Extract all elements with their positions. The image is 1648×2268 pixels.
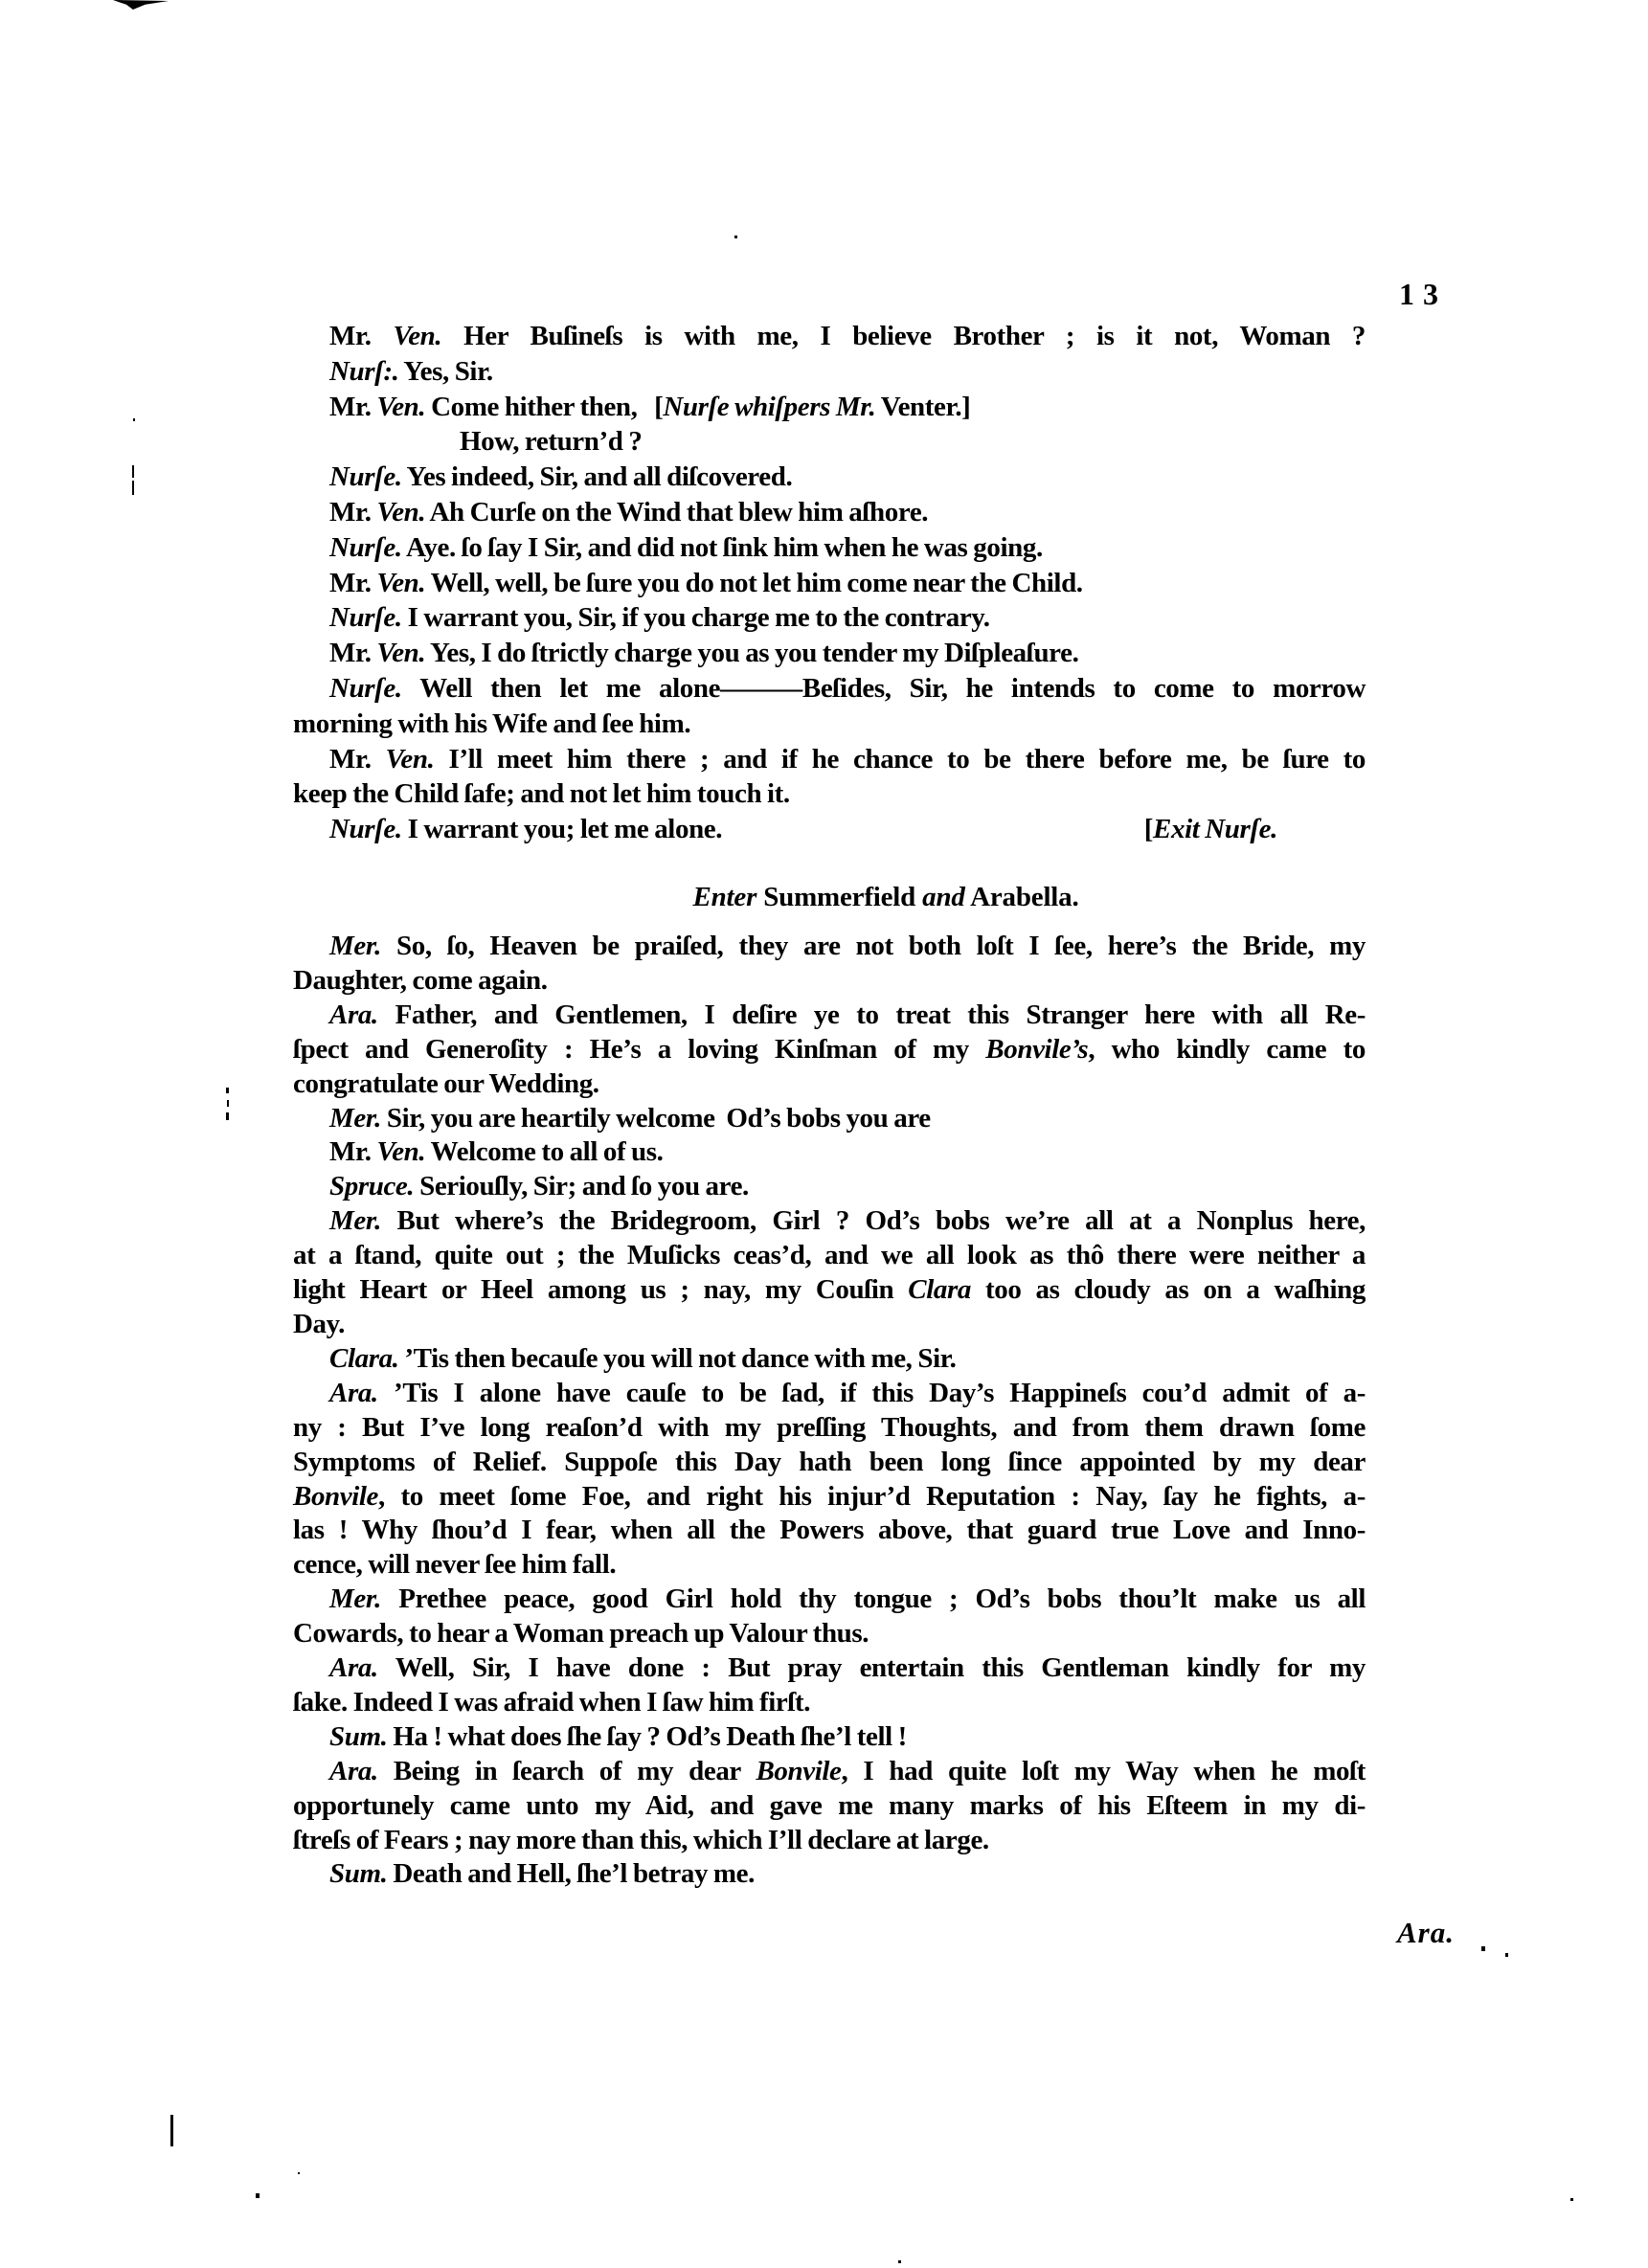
scan-artifact-dot [298,2172,300,2174]
scan-artifact-wedge [113,0,169,10]
dialogue-line: cence, will never ſee him fall. [293,1548,1366,1583]
roman-text: ny : But I’ve long reaſon’d with my preſ… [293,1412,1366,1443]
roman-text: Mr. [329,497,376,528]
roman-text: Mr. [329,744,386,775]
scan-artifact-dot [734,236,737,238]
roman-text: I warrant you; let me alone. [402,814,722,844]
roman-text: ſpect and Generoſity : He’s a loving Kin… [293,1034,985,1065]
dialogue-line: at a ſtand, quite out ; the Muſicks ceas… [293,1239,1366,1273]
stage-exit-tag: [Exit Nurſe. [1144,812,1277,847]
roman-text: Seriouſly, Sir; and ſo you are. [414,1171,749,1201]
scan-artifact-tick [132,481,134,495]
dialogue-line: Cowards, to hear a Woman preach up Valou… [293,1617,1366,1651]
roman-text: Venter.] [875,392,970,422]
roman-text: morning with his Wife and ſee him. [293,708,690,739]
roman-text: Mr. [329,638,376,668]
roman-text: Yes, I do ſtrictly charge you as you ten… [425,638,1078,668]
italic-text: Nurſe whiſpers Mr. [663,392,875,422]
italic-text: Nurſe. [329,602,402,633]
italic-text: Clara. [329,1343,399,1374]
dialogue-line: Nurſe. Aye. ſo ſay I Sir, and did not ſi… [293,530,1366,566]
roman-text: las ! Why ſhou’d I fear, when all the Po… [293,1515,1366,1545]
italic-text: Ara. [329,1652,378,1683]
roman-text: Prethee peace, good Girl hold thy tongue… [381,1583,1366,1614]
italic-text: Nurſ:. [329,356,399,387]
roman-text: light Heart or Heel among us ; nay, my C… [293,1274,908,1305]
dialogue-line: keep the Child ſafe; and not let him tou… [293,776,1366,812]
roman-text: Daughter, come again. [293,965,548,996]
italic-text: Nurſe. [329,532,402,563]
roman-text: Ha ! what does ſhe ſay ? Od’s Death ſhe’… [387,1721,906,1752]
roman-text: too as cloudy as on a waſhing [971,1274,1366,1305]
roman-text: , to meet ſome Foe, and right his injur’… [378,1481,1366,1512]
italic-text: Bonvile [293,1481,378,1512]
italic-text: Bonvile’s [985,1034,1088,1065]
dialogue-line: Mr. Ven. Ah Curſe on the Wind that blew … [293,495,1366,530]
roman-text: Aye. ſo ſay I Sir, and did not ſink him … [402,532,1043,563]
dialogue-line: How, return’d ? [293,424,1366,460]
dialogue-line: Clara. ’Tis then becauſe you will not da… [293,1342,1366,1377]
scan-artifact-bar [170,2115,173,2146]
italic-text: Enter [692,882,756,912]
dialogue-line: Ara. Well, Sir, I have done : But pray e… [293,1651,1366,1686]
roman-text: Day. [293,1309,345,1339]
roman-text: , I had quite loſt my Way when he moſt [842,1756,1366,1786]
italic-text: Spruce. [329,1171,414,1201]
roman-text: ’Tis I alone have cauſe to be ſad, if th… [378,1378,1366,1408]
roman-text: Mr. [329,1136,376,1167]
roman-text: Being in ſearch of my dear [378,1756,756,1786]
dialogue-line: congratulate our Wedding. [293,1067,1366,1102]
roman-text: Death and Hell, ſhe’l betray me. [387,1858,755,1889]
dialogue-line: Spruce. Seriouſly, Sir; and ſo you are. [293,1170,1366,1204]
roman-text: Come hither then, [ [425,392,663,422]
scan-artifact-speck [226,1112,229,1120]
scan-artifact-speck [256,2193,260,2198]
dialogue-line: Nurſe. Yes indeed, Sir, and all diſcover… [293,460,1366,495]
roman-text: Mr. [329,568,376,598]
dialogue-line: Mr. Ven. Yes, I do ſtrictly charge you a… [293,636,1366,671]
dialogue-line: Mer. But where’s the Bridegroom, Girl ? … [293,1204,1366,1239]
roman-text: Well, well, be ſure you do not let him c… [425,568,1082,598]
italic-text: and [922,882,965,912]
roman-text: Symptoms of Relief. Suppoſe this Day hat… [293,1447,1366,1477]
dialogue-line: Ara. Being in ſearch of my dear Bonvile,… [293,1755,1366,1789]
dialogue-line: Ara. Father, and Gentlemen, I deſire ye … [293,999,1366,1033]
roman-text: keep the Child ſafe; and not let him tou… [293,778,790,809]
italic-text: Ven. [376,392,425,422]
roman-text: I’ll meet him there ; and if he chance t… [434,744,1366,775]
dialogue-line: Mer. Prethee peace, good Girl hold thy t… [293,1583,1366,1617]
roman-text: So, ſo, Heaven be praiſed, they are not … [381,931,1366,961]
dialogue-line: ſake. Indeed I was afraid when I ſaw him… [293,1686,1366,1720]
roman-text: Mr. [329,392,376,422]
roman-text: Mr. [329,321,393,351]
italic-text: Mer. [329,1103,381,1134]
roman-text: Her Buſineſs is with me, I believe Broth… [441,321,1366,351]
dialogue-line: ny : But I’ve long reaſon’d with my preſ… [293,1411,1366,1446]
dialogue-line: Sum. Ha ! what does ſhe ſay ? Od’s Death… [293,1720,1366,1755]
italic-text: Mer. [329,1583,381,1614]
scan-artifact-tick [132,465,134,478]
italic-text: Ven. [376,638,425,668]
dialogue-line: Daughter, come again. [293,964,1366,999]
dialogue-line: Nurſe. I warrant you, Sir, if you charge… [293,600,1366,636]
scan-artifact-speck [1505,1953,1508,1957]
roman-text: Father, and Gentlemen, I deſire ye to tr… [378,999,1366,1030]
dialogue-line: Mr. Ven. Welcome to all of us. [293,1135,1366,1170]
dialogue-line: las ! Why ſhou’d I fear, when all the Po… [293,1514,1366,1548]
dialogue-block-upper: Mr. Ven. Her Buſineſs is with me, I beli… [293,319,1366,847]
roman-text: Summerfield [756,882,922,912]
dialogue-line: Day. [293,1308,1366,1342]
roman-text: Ah Curſe on the Wind that blew him aſhor… [425,497,928,528]
italic-text: Ven. [376,497,425,528]
dialogue-line: Mr. Ven. Her Buſineſs is with me, I beli… [293,319,1366,354]
roman-text: Arabella. [965,882,1079,912]
dialogue-line: Mr. Ven. Come hither then, [Nurſe whiſpe… [293,390,1366,425]
scan-artifact-speck [1481,1946,1485,1951]
italic-text: Bonvile [756,1756,841,1786]
dialogue-line: Mr. Ven. I’ll meet him there ; and if he… [293,742,1366,777]
italic-text: Nurſe. [329,461,402,492]
roman-text: Sir, you are heartily welcome Od’s bobs … [381,1103,931,1134]
roman-text: opportunely came unto my Aid, and gave m… [293,1790,1366,1821]
italic-text: Ven. [376,1136,425,1167]
roman-text: ’Tis then becauſe you will not dance wit… [399,1343,957,1374]
roman-text: at a ſtand, quite out ; the Muſicks ceas… [293,1240,1366,1270]
dialogue-line: Mer. Sir, you are heartily welcome Od’s … [293,1102,1366,1136]
dialogue-line: Symptoms of Relief. Suppoſe this Day hat… [293,1446,1366,1480]
dialogue-line: Nurſe. I warrant you; let me alone.[Exit… [293,812,1366,847]
italic-text: Ara. [329,1756,378,1786]
italic-text: Ven. [386,744,435,775]
dialogue-line: Nurſe. Well then let me alone———Beſides,… [293,671,1366,707]
italic-text: Mer. [329,1205,381,1236]
dialogue-block-lower: Mer. So, ſo, Heaven be praiſed, they are… [293,930,1366,1892]
italic-text: Sum. [329,1858,387,1889]
dialogue-line: light Heart or Heel among us ; nay, my C… [293,1273,1366,1308]
scan-artifact-speck [227,1100,229,1107]
italic-text: Ara. [329,1378,378,1408]
dialogue-line: opportunely came unto my Aid, and gave m… [293,1789,1366,1824]
roman-text: cence, will never ſee him fall. [293,1549,616,1580]
stage-direction-enter: Enter Summerfield and Arabella. [293,882,1366,913]
roman-text: Well then let me alone———Beſides, Sir, h… [402,673,1366,704]
italic-text: Ven. [376,568,425,598]
dialogue-line: Sum. Death and Hell, ſhe’l betray me. [293,1857,1366,1892]
dialogue-line: Ara. ’Tis I alone have cauſe to be ſad, … [293,1377,1366,1411]
scanned-play-page: 13 Mr. Ven. Her Buſineſs is with me, I b… [0,0,1648,2268]
scan-artifact-speck [226,1088,229,1093]
roman-text: [ [1144,814,1153,844]
italic-text: Nurſe. [329,814,402,844]
dialogue-line: Mr. Ven. Well, well, be ſure you do not … [293,566,1366,601]
roman-text: But where’s the Bridegroom, Girl ? Od’s … [381,1205,1366,1236]
italic-text: Sum. [329,1721,387,1752]
roman-text: Cowards, to hear a Woman preach up Valou… [293,1618,869,1649]
dialogue-line: ſtreſs of Fears ; nay more than this, wh… [293,1824,1366,1858]
italic-text: Mer. [329,931,381,961]
dialogue-line: Nurſ:. Yes, Sir. [293,354,1366,390]
dialogue-line: morning with his Wife and ſee him. [293,707,1366,742]
roman-text: ſtreſs of Fears ; nay more than this, wh… [293,1825,989,1855]
catchword: Ara. [1397,1916,1455,1950]
italic-text: Nurſe. [329,673,402,704]
roman-text: I warrant you, Sir, if you charge me to … [402,602,990,633]
roman-text: congratulate our Wedding. [293,1068,599,1099]
roman-text: Yes, Sir. [399,356,493,387]
dialogue-line: ſpect and Generoſity : He’s a loving Kin… [293,1033,1366,1067]
dialogue-line: Mer. So, ſo, Heaven be praiſed, they are… [293,930,1366,964]
dialogue-line: Bonvile, to meet ſome Foe, and right his… [293,1480,1366,1515]
italic-text: Ven. [393,321,441,351]
italic-text: Clara [908,1274,971,1305]
roman-text: Welcome to all of us. [425,1136,663,1167]
roman-text: How, return’d ? [460,426,642,457]
scan-artifact-dot [898,2260,901,2263]
italic-text: Exit Nurſe. [1153,814,1277,844]
roman-text: Well, Sir, I have done : But pray entert… [378,1652,1366,1683]
italic-text: Ara. [329,999,378,1030]
roman-text: ſake. Indeed I was afraid when I ſaw him… [293,1687,810,1718]
scan-artifact-dot [1570,2198,1573,2201]
roman-text: Yes indeed, Sir, and all diſcovered. [402,461,793,492]
scan-artifact-dot [133,418,135,421]
roman-text: , who kindly came to [1088,1034,1366,1065]
page-number: 13 [1399,279,1447,309]
